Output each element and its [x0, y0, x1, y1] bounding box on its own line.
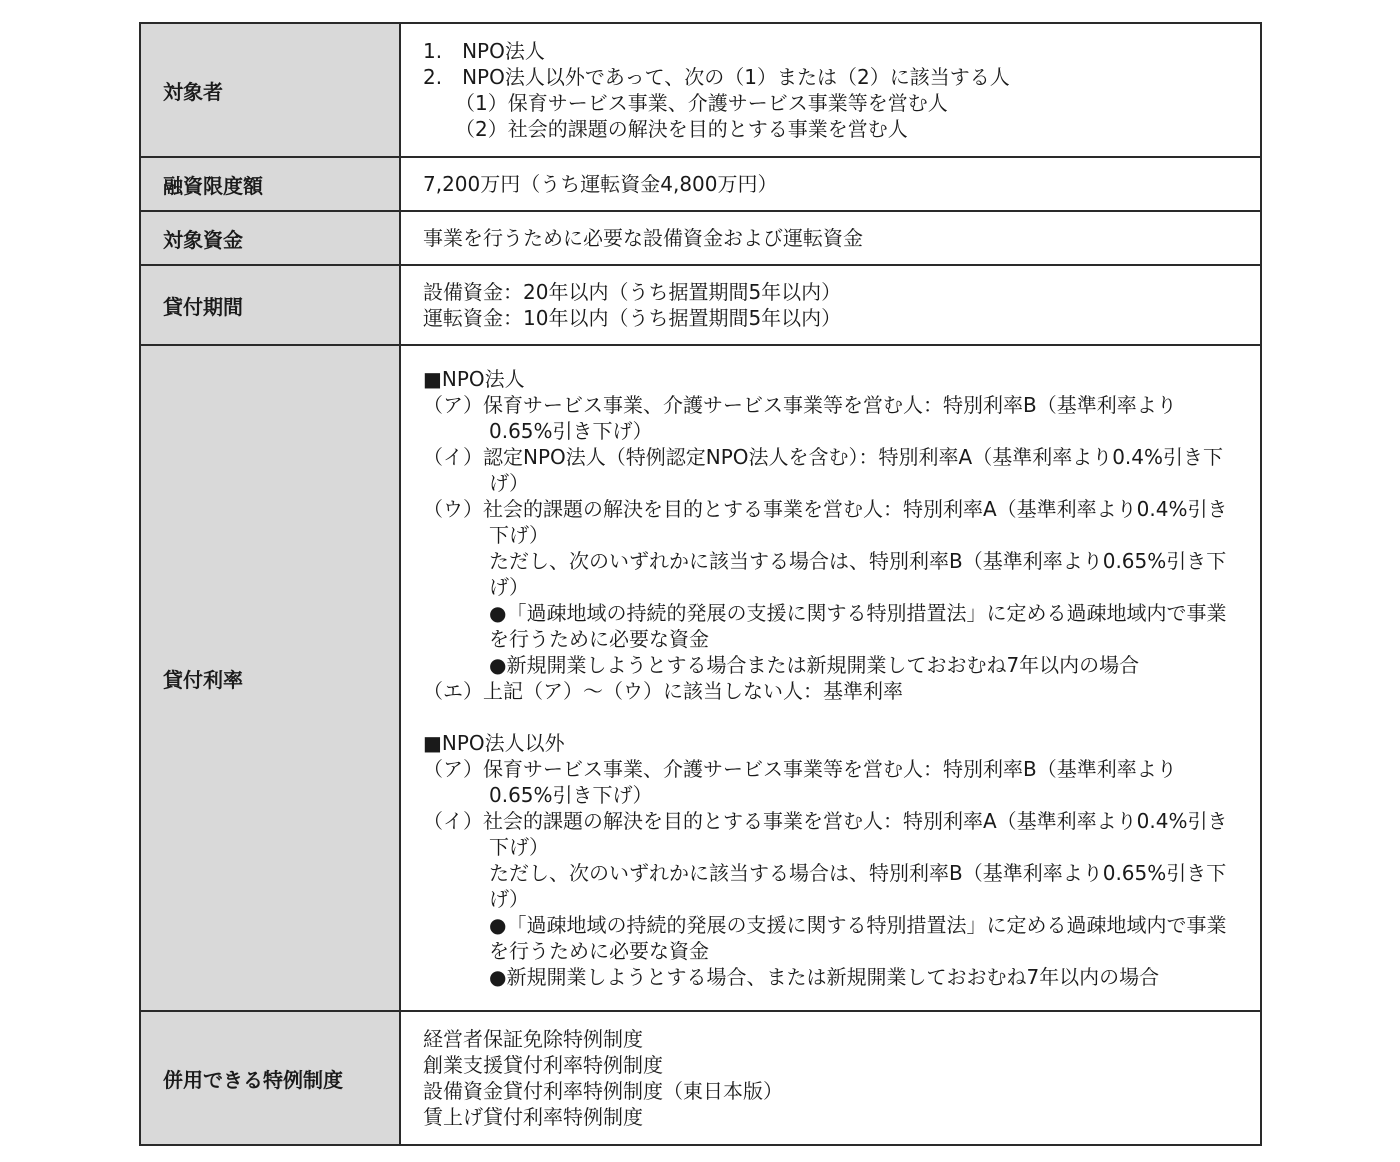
- value-loan-limit: 7,200万円（うち運転資金4,800万円）: [400, 157, 1261, 211]
- npo-item-a: （ア）保育サービス事業、介護サービス事業等を営む人：特別利率B（基準利率より0.…: [423, 392, 1240, 444]
- npo-item-u-bullet-1: ●「過疎地域の持続的発展の支援に関する特別措置法」に定める過疎地域内で事業を行う…: [423, 600, 1240, 652]
- row-loan-limit: 融資限度額 7,200万円（うち運転資金4,800万円）: [140, 157, 1261, 211]
- label-interest-rate: 貸付利率: [140, 345, 400, 1011]
- label-target-persons: 対象者: [140, 23, 400, 157]
- program-item-4: 賃上げ貸付利率特例制度: [423, 1104, 1240, 1130]
- npo-item-e: （エ）上記（ア）～（ウ）に該当しない人：基準利率: [423, 678, 1240, 704]
- loan-period-equipment: 設備資金：20年以内（うち据置期間5年以内）: [423, 279, 1240, 305]
- section-heading-npo: ■NPO法人: [423, 366, 1240, 392]
- section-spacer: [423, 704, 1240, 730]
- label-combinable-programs: 併用できる特例制度: [140, 1011, 400, 1145]
- row-eligible-funds: 対象資金 事業を行うために必要な設備資金および運転資金: [140, 211, 1261, 265]
- row-interest-rate: 貸付利率 ■NPO法人 （ア）保育サービス事業、介護サービス事業等を営む人：特別…: [140, 345, 1261, 1011]
- value-eligible-funds: 事業を行うために必要な設備資金および運転資金: [400, 211, 1261, 265]
- non-npo-item-i: （イ）社会的課題の解決を目的とする事業を営む人：特別利率A（基準利率より0.4%…: [423, 808, 1240, 860]
- non-npo-item-i-note: ただし、次のいずれかに該当する場合は、特別利率B（基準利率より0.65%引き下げ…: [423, 860, 1240, 912]
- target-item-1: 1. NPO法人: [423, 38, 1240, 64]
- program-item-3: 設備資金貸付利率特例制度（東日本版）: [423, 1078, 1240, 1104]
- npo-item-u: （ウ）社会的課題の解決を目的とする事業を営む人：特別利率A（基準利率より0.4%…: [423, 496, 1240, 548]
- value-loan-period: 設備資金：20年以内（うち据置期間5年以内） 運転資金：10年以内（うち据置期間…: [400, 265, 1261, 345]
- target-subitem-2: （2）社会的課題の解決を目的とする事業を営む人: [423, 116, 1240, 142]
- non-npo-item-i-bullet-2: ●新規開業しようとする場合、または新規開業しておおむね7年以内の場合: [423, 964, 1240, 990]
- target-item-2: 2. NPO法人以外であって、次の（1）または（2）に該当する人: [423, 64, 1240, 90]
- eligible-funds-text: 事業を行うために必要な設備資金および運転資金: [423, 225, 1240, 251]
- label-loan-period: 貸付期間: [140, 265, 400, 345]
- loan-limit-text: 7,200万円（うち運転資金4,800万円）: [423, 171, 1240, 197]
- label-loan-limit: 融資限度額: [140, 157, 400, 211]
- section-heading-non-npo: ■NPO法人以外: [423, 730, 1240, 756]
- row-loan-period: 貸付期間 設備資金：20年以内（うち据置期間5年以内） 運転資金：10年以内（う…: [140, 265, 1261, 345]
- value-combinable-programs: 経営者保証免除特例制度 創業支援貸付利率特例制度 設備資金貸付利率特例制度（東日…: [400, 1011, 1261, 1145]
- label-eligible-funds: 対象資金: [140, 211, 400, 265]
- loan-spec-table: 対象者 1. NPO法人 2. NPO法人以外であって、次の（1）または（2）に…: [139, 22, 1262, 1146]
- value-target-persons: 1. NPO法人 2. NPO法人以外であって、次の（1）または（2）に該当する…: [400, 23, 1261, 157]
- row-combinable-programs: 併用できる特例制度 経営者保証免除特例制度 創業支援貸付利率特例制度 設備資金貸…: [140, 1011, 1261, 1145]
- loan-period-operating: 運転資金：10年以内（うち据置期間5年以内）: [423, 305, 1240, 331]
- npo-item-i: （イ）認定NPO法人（特例認定NPO法人を含む）：特別利率A（基準利率より0.4…: [423, 444, 1240, 496]
- npo-item-u-note: ただし、次のいずれかに該当する場合は、特別利率B（基準利率より0.65%引き下げ…: [423, 548, 1240, 600]
- target-subitem-1: （1）保育サービス事業、介護サービス事業等を営む人: [423, 90, 1240, 116]
- non-npo-item-a: （ア）保育サービス事業、介護サービス事業等を営む人：特別利率B（基準利率より0.…: [423, 756, 1240, 808]
- value-interest-rate: ■NPO法人 （ア）保育サービス事業、介護サービス事業等を営む人：特別利率B（基…: [400, 345, 1261, 1011]
- program-item-2: 創業支援貸付利率特例制度: [423, 1052, 1240, 1078]
- program-item-1: 経営者保証免除特例制度: [423, 1026, 1240, 1052]
- npo-item-u-bullet-2: ●新規開業しようとする場合または新規開業しておおむね7年以内の場合: [423, 652, 1240, 678]
- row-target-persons: 対象者 1. NPO法人 2. NPO法人以外であって、次の（1）または（2）に…: [140, 23, 1261, 157]
- non-npo-item-i-bullet-1: ●「過疎地域の持続的発展の支援に関する特別措置法」に定める過疎地域内で事業を行う…: [423, 912, 1240, 964]
